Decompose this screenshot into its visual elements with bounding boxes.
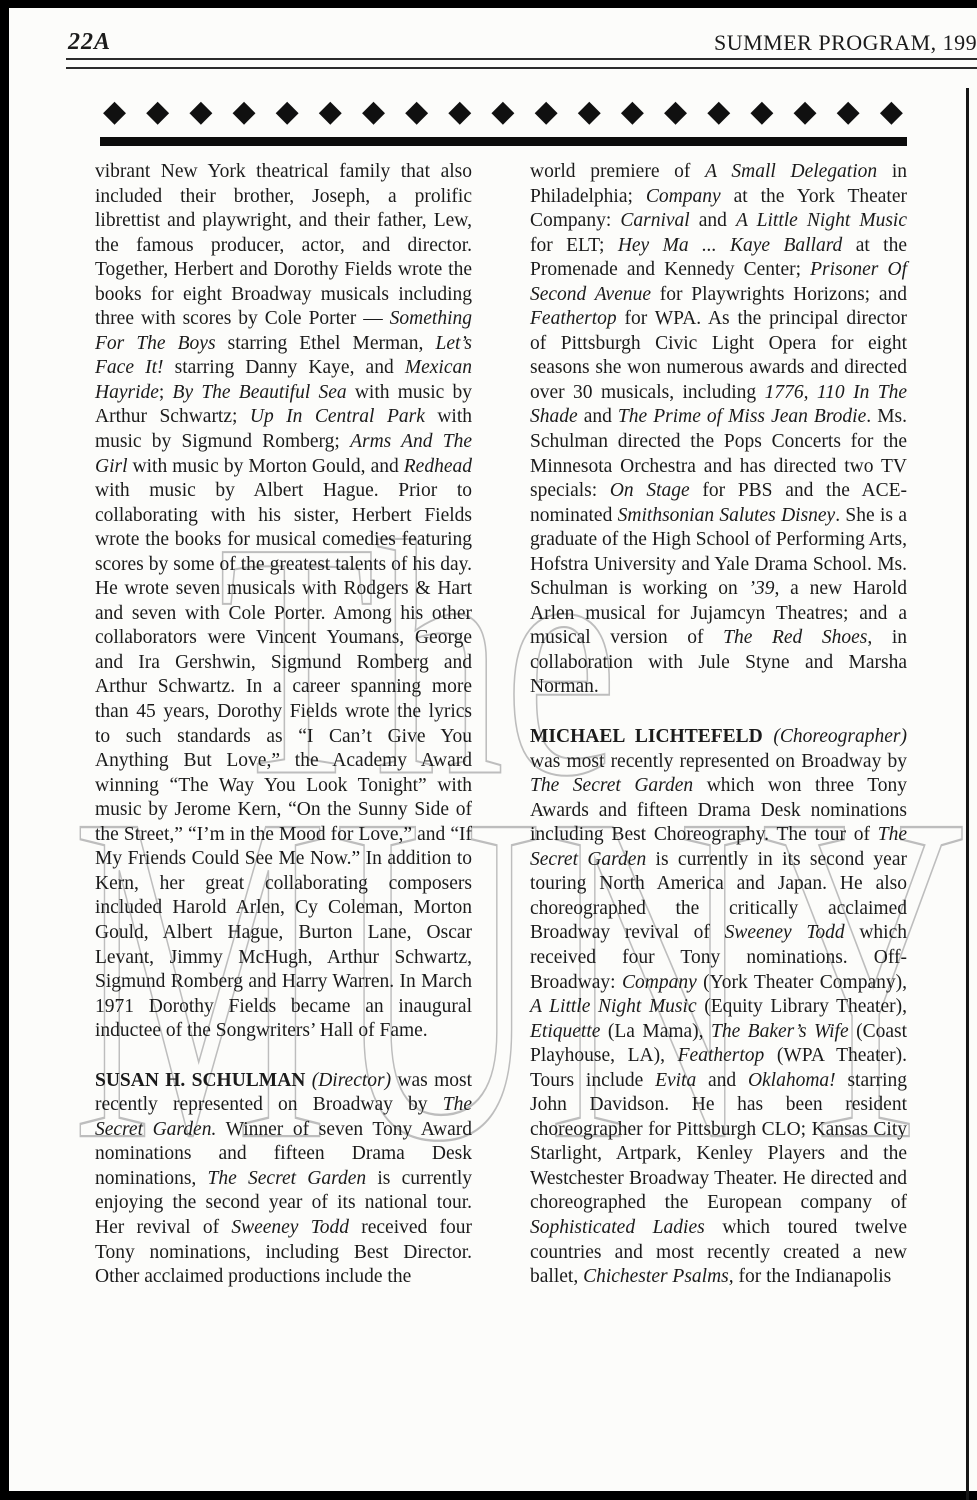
fields-family-paragraph: vibrant New York theatrical family that … (95, 160, 472, 1044)
header-rule-bottom (66, 67, 977, 69)
diamond-icon: ◆ (405, 95, 428, 129)
header-title: SUMMER PROGRAM, 1993 (714, 30, 977, 56)
diamond-icon: ◆ (621, 95, 644, 129)
program-page: 22A SUMMER PROGRAM, 1993 ◆◆◆◆◆◆◆◆◆◆◆◆◆◆◆… (0, 0, 977, 1500)
diamond-divider: ◆◆◆◆◆◆◆◆◆◆◆◆◆◆◆◆◆◆◆ (103, 95, 903, 129)
diamond-icon: ◆ (794, 95, 817, 129)
diamond-icon: ◆ (491, 95, 514, 129)
article-body: vibrant New York theatrical family that … (95, 160, 907, 1290)
header-rule-top (66, 58, 977, 60)
michael-lichtefeld-bio: MICHAEL LICHTEFELD (Choreographer) was m… (530, 725, 907, 1290)
diamond-icon: ◆ (448, 95, 471, 129)
diamond-icon: ◆ (880, 95, 903, 129)
diamond-icon: ◆ (707, 95, 730, 129)
page-number: 22A (68, 29, 111, 56)
diamond-icon: ◆ (578, 95, 601, 129)
diamond-icon: ◆ (103, 95, 126, 129)
scan-edge-left (0, 0, 9, 1500)
scan-edge-right-line (966, 88, 969, 1500)
diamond-icon: ◆ (146, 95, 169, 129)
diamond-icon: ◆ (276, 95, 299, 129)
diamond-icon: ◆ (750, 95, 773, 129)
scan-edge-bottom (0, 1491, 977, 1500)
diamond-icon: ◆ (362, 95, 385, 129)
diamond-icon: ◆ (837, 95, 860, 129)
diamond-icon: ◆ (664, 95, 687, 129)
right-column: world premiere of A Small Delegation in … (530, 160, 907, 1290)
scan-edge-top (0, 0, 977, 8)
left-column: vibrant New York theatrical family that … (95, 160, 472, 1290)
thick-divider-bar (100, 137, 907, 146)
diamond-icon: ◆ (319, 95, 342, 129)
diamond-icon: ◆ (232, 95, 255, 129)
schulman-credits-continued: world premiere of A Small Delegation in … (530, 160, 907, 700)
diamond-icon: ◆ (189, 95, 212, 129)
diamond-icon: ◆ (535, 95, 558, 129)
susan-schulman-bio: SUSAN H. SCHULMAN (Director) was most re… (95, 1069, 472, 1290)
